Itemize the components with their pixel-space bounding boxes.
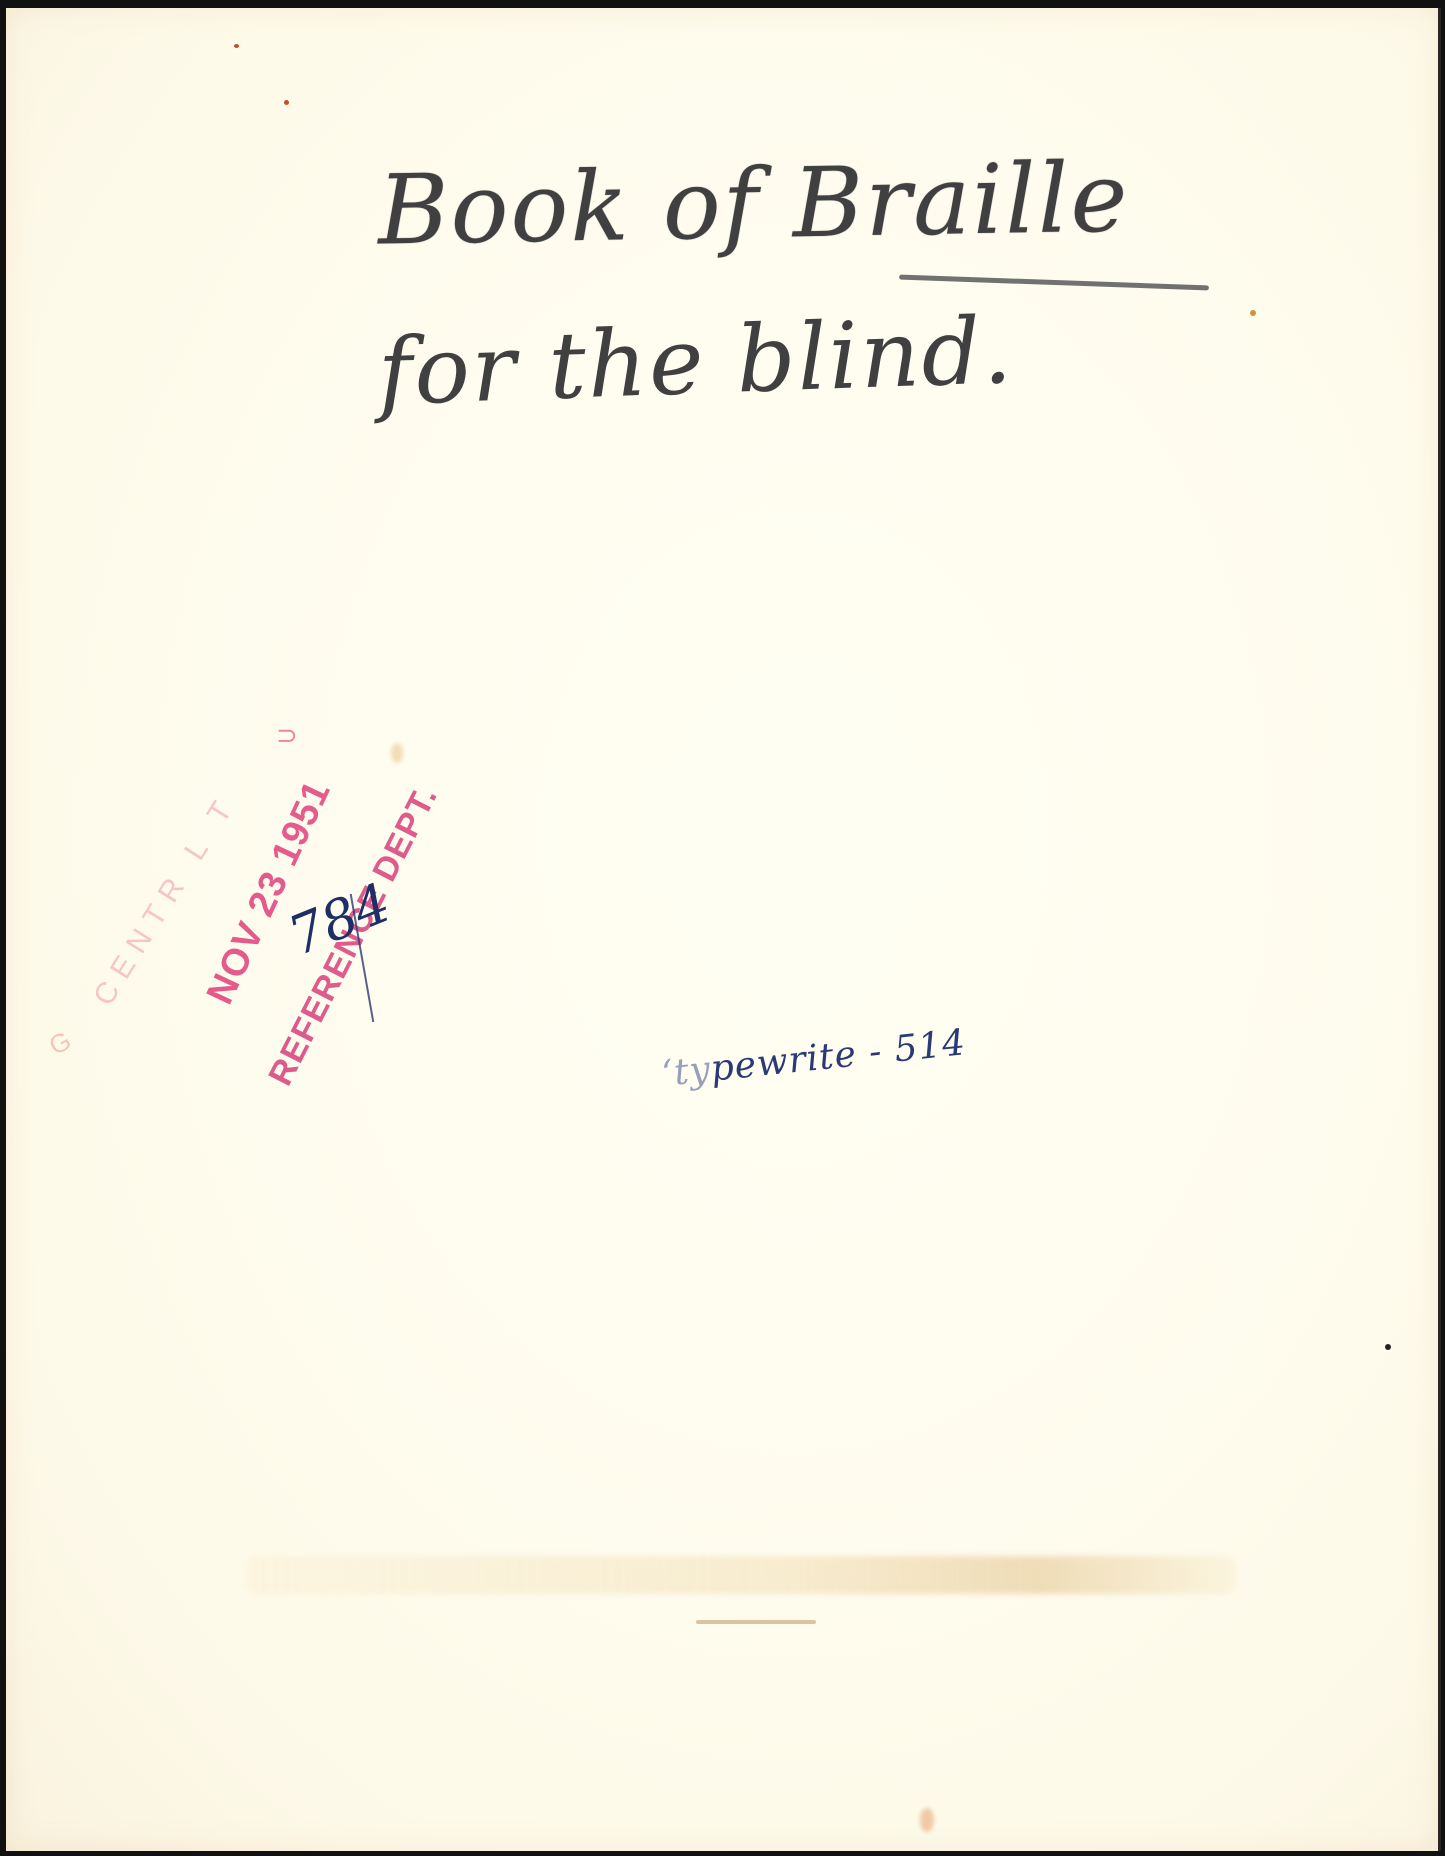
stain-spot [391, 743, 403, 763]
stain-mark [696, 1620, 816, 1624]
ink-subject-note: ʻtypewrite - 514 [660, 1022, 968, 1095]
caption-underline [899, 275, 1209, 291]
faint-stamp-mark: ⊃ [276, 720, 298, 751]
faint-stamp-left-mark: G [44, 1025, 77, 1062]
stain-spot [920, 1808, 934, 1832]
spot [234, 44, 239, 48]
caption-line-1: Book of Braille [377, 141, 1130, 266]
ink-note-prefix: ʻty [660, 1049, 713, 1095]
ink-note-number: - 514 [855, 1022, 968, 1074]
caption-line-2: for the blind. [376, 297, 1015, 426]
scan-background: Book of Braille for the blind. ⊃ CENTR L… [0, 0, 1445, 1856]
photo-back-paper: Book of Braille for the blind. ⊃ CENTR L… [6, 8, 1441, 1851]
tape-stain [246, 1556, 1236, 1594]
spot [284, 100, 289, 105]
spot [1250, 310, 1256, 316]
ink-catalog-number: 784 [280, 871, 399, 968]
spot [1385, 1344, 1391, 1350]
ink-note-main: pewrite [709, 1034, 859, 1090]
